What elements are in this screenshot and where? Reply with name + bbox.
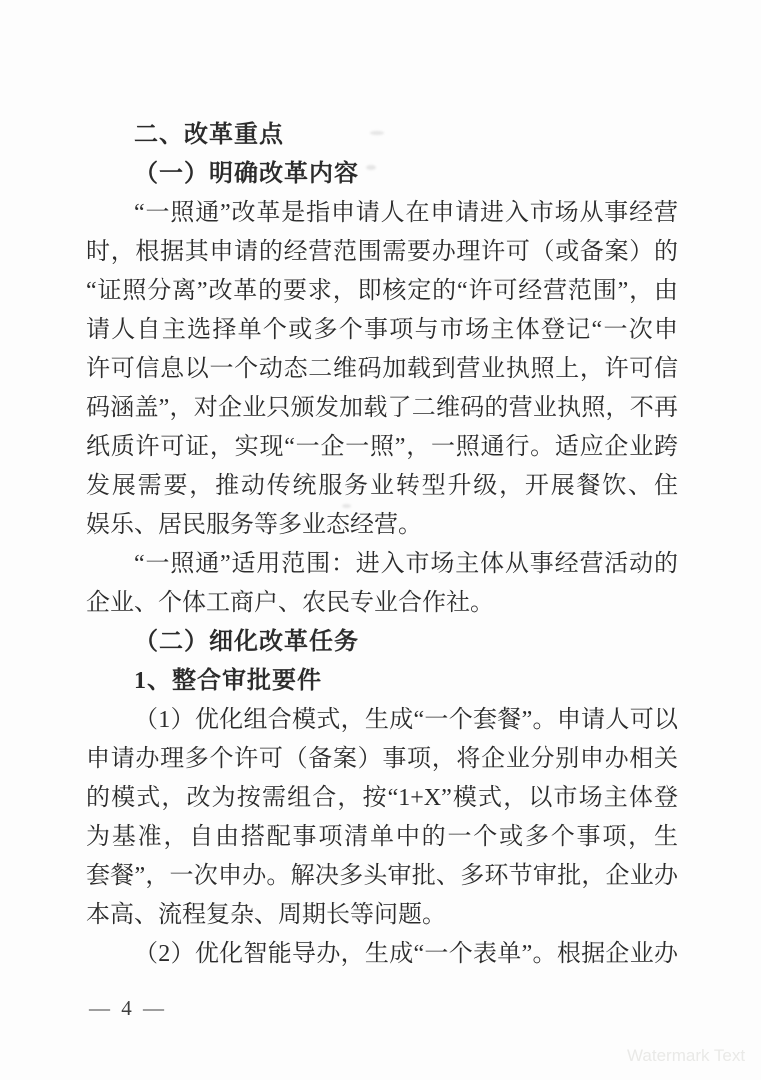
subsection-heading: （二）细化改革任务 bbox=[86, 623, 678, 662]
text-line: 套餐”，一次申办。解决多头审批、多环节审批，企业办事成 bbox=[86, 857, 678, 896]
text-line: 申请办理多个许可（备案）事项，将企业分别申办相关许可证 bbox=[86, 740, 678, 779]
text-line: 码涵盖”，对企业只颁发加载了二维码的营业执照，不再颁发 bbox=[86, 389, 678, 428]
text-line: 纸质许可证，实现“一企一照”，一照通行。适应企业跨行业 bbox=[86, 428, 678, 467]
page-number: — 4 — bbox=[89, 996, 167, 1021]
text-line: “一照通”适用范围：进入市场主体从事经营活动的各类 bbox=[86, 545, 678, 584]
watermark-text: Watermark Text bbox=[627, 1046, 745, 1066]
text-line: 企业、个体工商户、农民专业合作社。 bbox=[86, 584, 678, 623]
section-heading: 二、改革重点 bbox=[86, 116, 678, 155]
text-line: “证照分离”改革的要求，即核定的“许可经营范围”，由申 bbox=[86, 272, 678, 311]
text-line: 发展需要，推动传统服务业转型升级，开展餐饮、住宿、零售、 bbox=[86, 467, 678, 506]
text-line: （2）优化智能导办，生成“一个表单”。根据企业办证类 bbox=[86, 935, 678, 974]
text-line: 请人自主选择单个或多个事项与市场主体登记“一次申请”， bbox=[86, 311, 678, 350]
text-line: “一照通”改革是指申请人在申请进入市场从事经营活动 bbox=[86, 194, 678, 233]
numbered-heading: 1、整合审批要件 bbox=[86, 662, 678, 701]
text-line: 为基准，自由搭配事项清单中的一个或多个事项，生成“一个 bbox=[86, 818, 678, 857]
text-line: 时，根据其申请的经营范围需要办理许可（或备案）的事项按 bbox=[86, 233, 678, 272]
subsection-heading: （一）明确改革内容 bbox=[86, 155, 678, 194]
scanned-document-page: 二、改革重点 （一）明确改革内容 “一照通”改革是指申请人在申请进入市场从事经营… bbox=[0, 0, 761, 1080]
text-line: 的模式，改为按需组合，按“1+X”模式，以市场主体登记注册 bbox=[86, 779, 678, 818]
scan-smudge bbox=[366, 165, 376, 170]
scan-smudge bbox=[370, 131, 384, 135]
text-line: （1）优化组合模式，生成“一个套餐”。申请人可以同时 bbox=[86, 701, 678, 740]
scan-smudge bbox=[342, 504, 351, 508]
text-line: 许可信息以一个动态二维码加载到营业执照上，许可信息“一 bbox=[86, 350, 678, 389]
text-line: 本高、流程复杂、周期长等问题。 bbox=[86, 896, 678, 935]
document-body: 二、改革重点 （一）明确改革内容 “一照通”改革是指申请人在申请进入市场从事经营… bbox=[86, 116, 678, 974]
text-line: 娱乐、居民服务等多业态经营。 bbox=[86, 506, 678, 545]
